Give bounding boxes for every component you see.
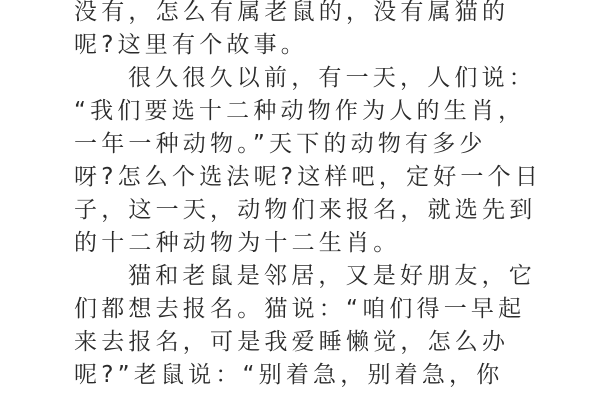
text-line-8: 的十二种动物为十二生肖。 [74,227,514,260]
text-line-6: 呀?怎么个选法呢?这样吧，定好一个日 [74,161,514,194]
text-line-2: 呢?这里有个故事。 [74,29,514,62]
text-line-11: 来去报名，可是我爱睡懒觉，怎么办 [74,326,514,359]
document-page: 没有，怎么有属老鼠的，没有属猫的 呢?这里有个故事。 很久很久以前，有一天，人们… [0,0,600,400]
text-line-3-paragraph-start: 很久很久以前，有一天，人们说： [74,62,568,95]
text-line-12: 呢?”老鼠说：“别着急，别着急，你 [74,359,514,392]
text-line-4: “我们要选十二种动物作为人的生肖， [74,95,514,128]
text-line-7: 子，这一天，动物们来报名，就选先到 [74,194,514,227]
text-line-5: 一年一种动物。”天下的动物有多少 [74,128,514,161]
text-line-10: 们都想去报名。猫说：“咱们得一早起 [74,293,514,326]
text-line-9-paragraph-start: 猫和老鼠是邻居，又是好朋友，它 [74,260,568,293]
text-line-1: 没有，怎么有属老鼠的，没有属猫的 [74,0,514,29]
